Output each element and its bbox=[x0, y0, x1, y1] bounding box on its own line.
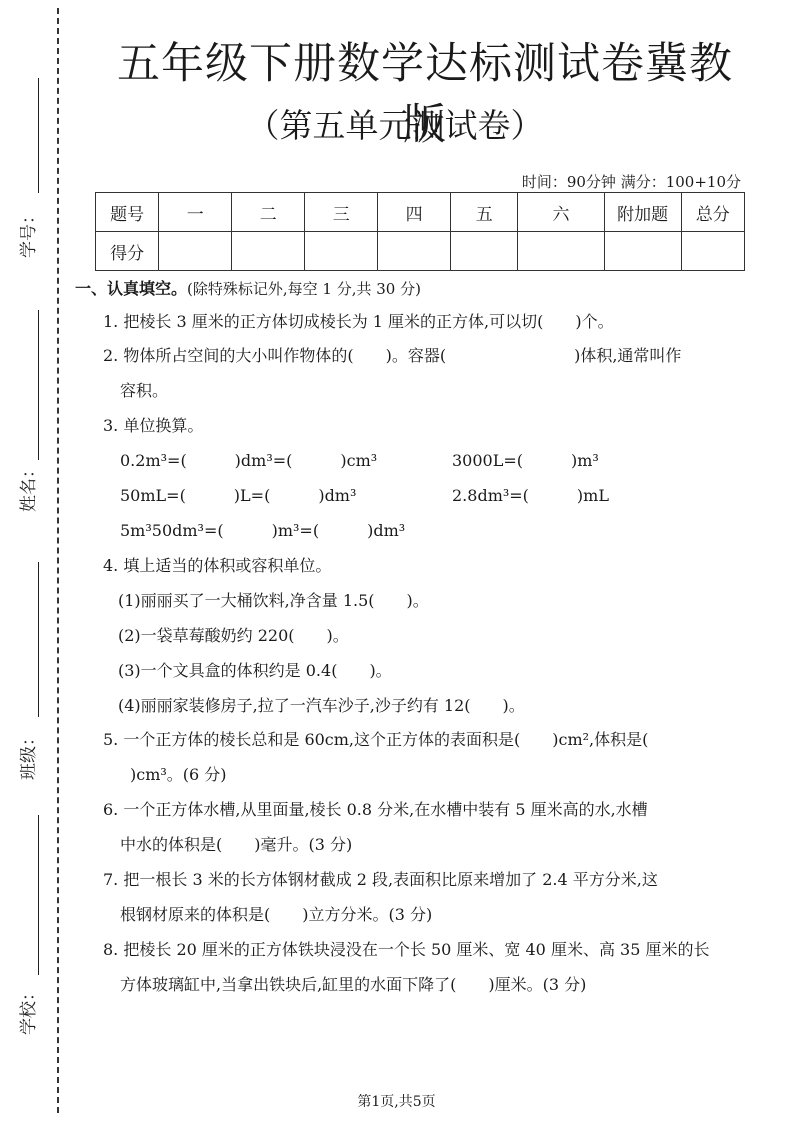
section-heading: 一、认真填空。(除特殊标记外,每空 1 分,共 30 分) bbox=[75, 276, 421, 299]
question-3-item1: 0.2m³=( )dm³=( )cm³ bbox=[120, 443, 420, 479]
score-table-header-row: 题号 一 二 三 四 五 六 附加题 总分 bbox=[96, 193, 745, 232]
question-2-line1: 2. 物体所占空间的大小叫作物体的( )。容器( )体积,通常叫作 bbox=[103, 338, 743, 374]
question-6-line1: 6. 一个正方体水槽,从里面量,棱长 0.8 分米,在水槽中装有 5 厘米高的水… bbox=[103, 792, 743, 828]
class-label: 班级： bbox=[14, 729, 39, 780]
question-5-line1: 5. 一个正方体的棱长总和是 60cm,这个正方体的表面积是( )cm²,体积是… bbox=[103, 722, 743, 758]
score-cell[interactable] bbox=[378, 232, 451, 271]
header-cell: 六 bbox=[518, 193, 604, 232]
question-8-line1: 8. 把棱长 20 厘米的正方体铁块浸没在一个长 50 厘米、宽 40 厘米、高… bbox=[103, 932, 743, 968]
score-cell[interactable] bbox=[159, 232, 232, 271]
name-label: 姓名： bbox=[14, 461, 39, 512]
question-4-item3: (3)一个文具盒的体积约是 0.4( )。 bbox=[118, 653, 758, 689]
question-4: 4. 填上适当的体积或容积单位。 bbox=[103, 548, 743, 584]
school-label: 学校： bbox=[14, 984, 39, 1035]
school-blank[interactable] bbox=[38, 815, 39, 975]
header-cell: 总分 bbox=[681, 193, 744, 232]
score-cell[interactable] bbox=[451, 232, 518, 271]
name-blank[interactable] bbox=[38, 310, 39, 460]
header-cell: 三 bbox=[305, 193, 378, 232]
score-cell[interactable] bbox=[305, 232, 378, 271]
question-4-item4: (4)丽丽家装修房子,拉了一汽车沙子,沙子约有 12( )。 bbox=[118, 688, 758, 724]
header-cell: 二 bbox=[232, 193, 305, 232]
question-3-item5: 5m³50dm³=( )m³=( )dm³ bbox=[120, 513, 520, 549]
class-blank[interactable] bbox=[38, 562, 39, 717]
page-subtitle: （第五单元测试卷） bbox=[100, 100, 690, 147]
score-cell[interactable] bbox=[518, 232, 604, 271]
score-table-score-row: 得分 bbox=[96, 232, 745, 271]
header-cell: 五 bbox=[451, 193, 518, 232]
header-cell: 附加题 bbox=[604, 193, 681, 232]
question-7-line1: 7. 把一根长 3 米的长方体钢材截成 2 段,表面积比原来增加了 2.4 平方… bbox=[103, 862, 743, 898]
header-cell: 四 bbox=[378, 193, 451, 232]
student-id-blank[interactable] bbox=[38, 78, 39, 193]
student-id-label: 学号： bbox=[14, 207, 39, 258]
question-3-item4: 2.8dm³=( )mL bbox=[452, 478, 702, 514]
question-5-line2: )cm³。(6 分) bbox=[130, 757, 770, 793]
header-cell: 题号 bbox=[96, 193, 159, 232]
score-cell[interactable] bbox=[681, 232, 744, 271]
question-6-line2: 中水的体积是( )毫升。(3 分) bbox=[120, 827, 760, 863]
question-4-item1: (1)丽丽买了一大桶饮料,净含量 1.5( )。 bbox=[118, 583, 758, 619]
header-cell: 一 bbox=[159, 193, 232, 232]
question-7-line2: 根钢材原来的体积是( )立方分米。(3 分) bbox=[120, 897, 760, 933]
question-3-item3: 50mL=( )L=( )dm³ bbox=[120, 478, 420, 514]
page-footer: 第1页,共5页 bbox=[0, 1091, 793, 1111]
question-3: 3. 单位换算。 bbox=[103, 408, 743, 444]
question-4-item2: (2)一袋草莓酸奶约 220( )。 bbox=[118, 618, 758, 654]
section-title: 一、认真填空。 bbox=[75, 279, 187, 298]
score-table: 题号 一 二 三 四 五 六 附加题 总分 得分 bbox=[95, 192, 745, 271]
exam-meta: 时间：90分钟 满分：100+10分 bbox=[522, 171, 741, 192]
question-8-line2: 方体玻璃缸中,当拿出铁块后,缸里的水面下降了( )厘米。(3 分) bbox=[120, 967, 760, 1003]
binding-dashed-line bbox=[57, 8, 59, 1113]
question-1: 1. 把棱长 3 厘米的正方体切成棱长为 1 厘米的正方体,可以切( )个。 bbox=[103, 304, 743, 340]
question-2-line2: 容积。 bbox=[120, 373, 760, 409]
score-cell[interactable] bbox=[604, 232, 681, 271]
score-cell[interactable] bbox=[232, 232, 305, 271]
row-label: 得分 bbox=[96, 232, 159, 271]
question-3-item2: 3000L=( )m³ bbox=[452, 443, 702, 479]
section-note: (除特殊标记外,每空 1 分,共 30 分) bbox=[187, 280, 421, 298]
